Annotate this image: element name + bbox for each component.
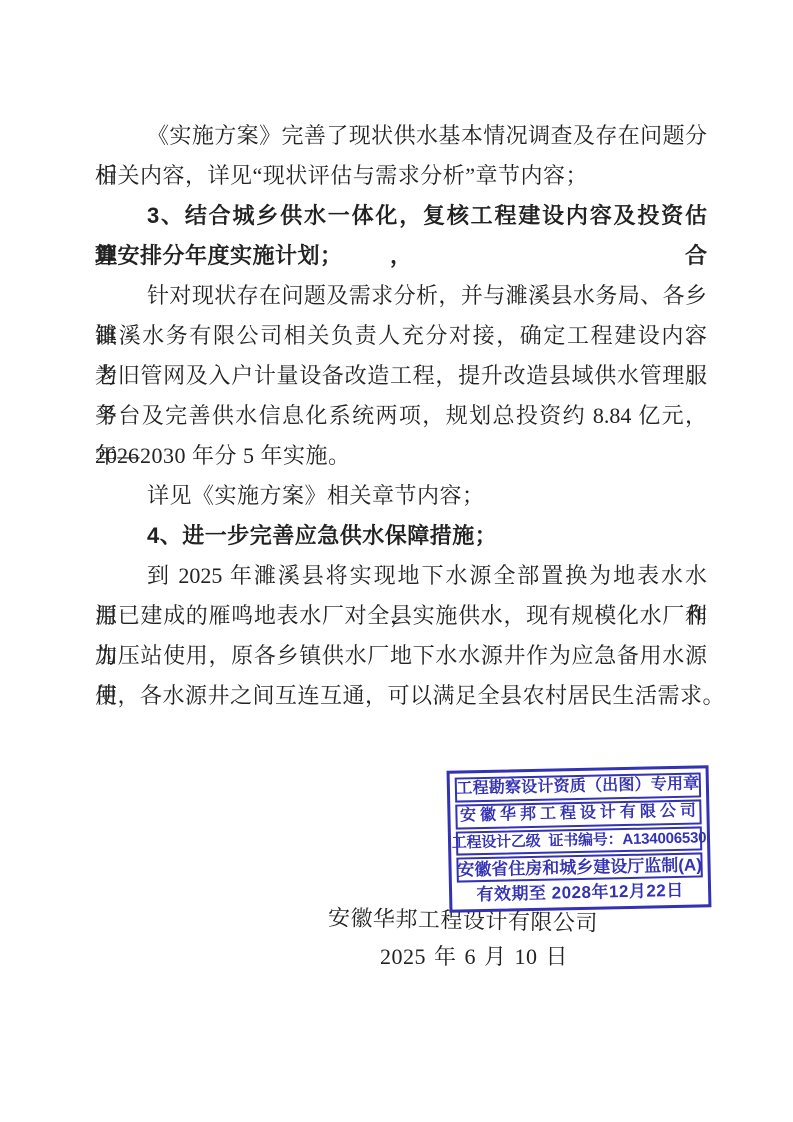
qualification-stamp: 工程勘察设计资质（出图）专用章 安徽华邦工程设计有限公司 工程设计乙级 证书编号… xyxy=(447,765,712,912)
document-page: 《实施方案》完善了现状供水基本情况调查及存在问题分析 相关内容，详见“现状评估与… xyxy=(0,0,793,1122)
body-line: 加压站使用，原各乡镇供水厂地下水水源井作为应急备用水源使 xyxy=(95,636,707,676)
document-body: 《实施方案》完善了现状供水基本情况调查及存在问题分析 相关内容，详见“现状评估与… xyxy=(95,116,707,716)
stamp-row-authority: 安徽省住房和城乡建设厅监制(A) xyxy=(456,853,702,883)
body-line: 濉溪水务有限公司相关负责人充分对接，确定工程建设内容为： xyxy=(95,316,707,356)
stamp-row-company: 安徽华邦工程设计有限公司 xyxy=(455,799,701,829)
body-line-heading: 3、结合城乡供水一体化，复核工程建设内容及投资估算，合 xyxy=(95,196,707,236)
body-line: 针对现状存在问题及需求分析，并与濉溪县水务局、各乡镇、 xyxy=(95,276,707,316)
body-line: 平台及完善供水信息化系统两项，规划总投资约 8.84 亿元，2026 xyxy=(95,396,707,436)
body-line-heading: 4、进一步完善应急供水保障措施； xyxy=(95,516,707,556)
body-line: 用，各水源井之间互连互通，可以满足全县农村居民生活需求。 xyxy=(95,676,707,716)
stamp-row-certificate: 工程设计乙级 证书编号：A134006530 xyxy=(456,826,702,856)
body-line: 年—2030 年分 5 年实施。 xyxy=(95,436,707,476)
body-line: 《实施方案》完善了现状供水基本情况调查及存在问题分析 xyxy=(95,116,707,156)
issue-date: 2025 年 6 月 10 日 xyxy=(380,940,568,971)
stamp-row-validity: 有效期至 2028年12月22日 xyxy=(457,880,703,906)
body-line: 到 2025 年濉溪县将实现地下水源全部置换为地表水水源，利 xyxy=(95,556,707,596)
stamp-row-title: 工程勘察设计资质（出图）专用章 xyxy=(455,772,701,802)
body-line: 详见《实施方案》相关章节内容； xyxy=(95,476,707,516)
body-line: 老旧管网及入户计量设备改造工程，提升改造县域供水管理服务 xyxy=(95,356,707,396)
body-line: 相关内容，详见“现状评估与需求分析”章节内容； xyxy=(95,156,707,196)
body-line: 用已建成的雁鸣地表水厂对全县实施供水，现有规模化水厂作为 xyxy=(95,596,707,636)
